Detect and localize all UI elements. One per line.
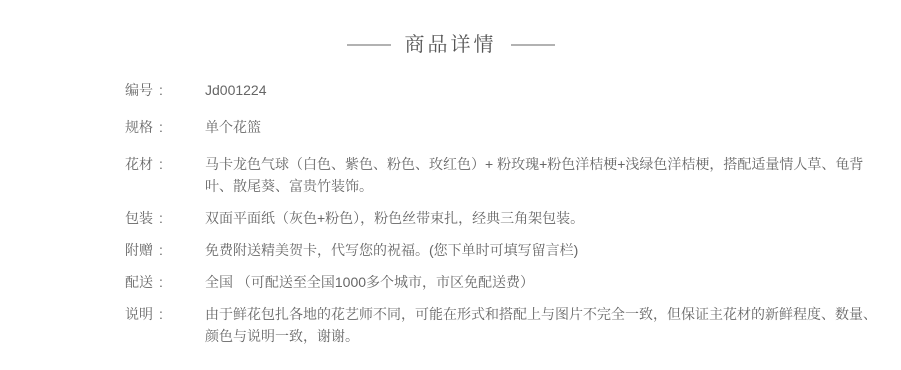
title-divider-left [347, 44, 391, 46]
detail-value: 马卡龙色气球（白色、紫色、粉色、玫红色）+ 粉玫瑰+粉色洋桔梗+浅绿色洋桔梗，搭… [205, 153, 877, 197]
detail-label-text: 附赠 [125, 242, 153, 258]
product-detail-section: 商品详情 编号: Jd001224 规格: 单个花篮 花材: 马卡龙色气球（白色… [0, 0, 901, 370]
detail-row-spec: 规格: 单个花篮 [125, 116, 877, 138]
detail-label: 附赠: [125, 239, 205, 261]
detail-row-gift: 附赠: 免费附送精美贺卡，代写您的祝福。(您下单时可填写留言栏) [125, 239, 877, 261]
detail-label-text: 编号 [125, 82, 153, 98]
detail-label-colon: : [159, 82, 163, 98]
detail-label: 配送: [125, 271, 205, 293]
detail-value: 单个花篮 [205, 116, 877, 138]
detail-list: 编号: Jd001224 规格: 单个花篮 花材: 马卡龙色气球（白色、紫色、粉… [125, 79, 877, 347]
detail-label-text: 配送 [125, 274, 153, 290]
detail-row-delivery: 配送: 全国 （可配送至全国1000多个城市，市区免配送费） [125, 271, 877, 293]
detail-value: 双面平面纸（灰色+粉色），粉色丝带束扎，经典三角架包装。 [205, 207, 877, 229]
detail-value: Jd001224 [205, 79, 877, 101]
detail-label: 花材: [125, 153, 205, 175]
detail-label-colon: : [159, 119, 163, 135]
section-header: 商品详情 [0, 0, 901, 57]
detail-row-packaging: 包装: 双面平面纸（灰色+粉色），粉色丝带束扎，经典三角架包装。 [125, 207, 877, 229]
detail-label-text: 花材 [125, 156, 153, 172]
detail-label-colon: : [159, 274, 163, 290]
detail-value: 免费附送精美贺卡，代写您的祝福。(您下单时可填写留言栏) [205, 239, 877, 261]
detail-label: 说明: [125, 303, 205, 325]
detail-label-text: 规格 [125, 119, 153, 135]
detail-label-colon: : [159, 210, 163, 226]
detail-label: 编号: [125, 79, 205, 101]
detail-row-materials: 花材: 马卡龙色气球（白色、紫色、粉色、玫红色）+ 粉玫瑰+粉色洋桔梗+浅绿色洋… [125, 153, 877, 197]
detail-label-text: 包装 [125, 210, 153, 226]
detail-label-colon: : [159, 156, 163, 172]
detail-label-colon: : [159, 306, 163, 322]
detail-row-note: 说明: 由于鲜花包扎各地的花艺师不同，可能在形式和搭配上与图片不完全一致，但保证… [125, 303, 877, 347]
detail-row-id: 编号: Jd001224 [125, 79, 877, 101]
title-divider-right [511, 44, 555, 46]
detail-value: 全国 （可配送至全国1000多个城市，市区免配送费） [205, 271, 877, 293]
detail-value: 由于鲜花包扎各地的花艺师不同，可能在形式和搭配上与图片不完全一致，但保证主花材的… [205, 303, 877, 347]
detail-label: 包装: [125, 207, 205, 229]
detail-label-text: 说明 [125, 306, 153, 322]
detail-label-colon: : [159, 242, 163, 258]
detail-label: 规格: [125, 116, 205, 138]
section-title: 商品详情 [405, 33, 497, 57]
